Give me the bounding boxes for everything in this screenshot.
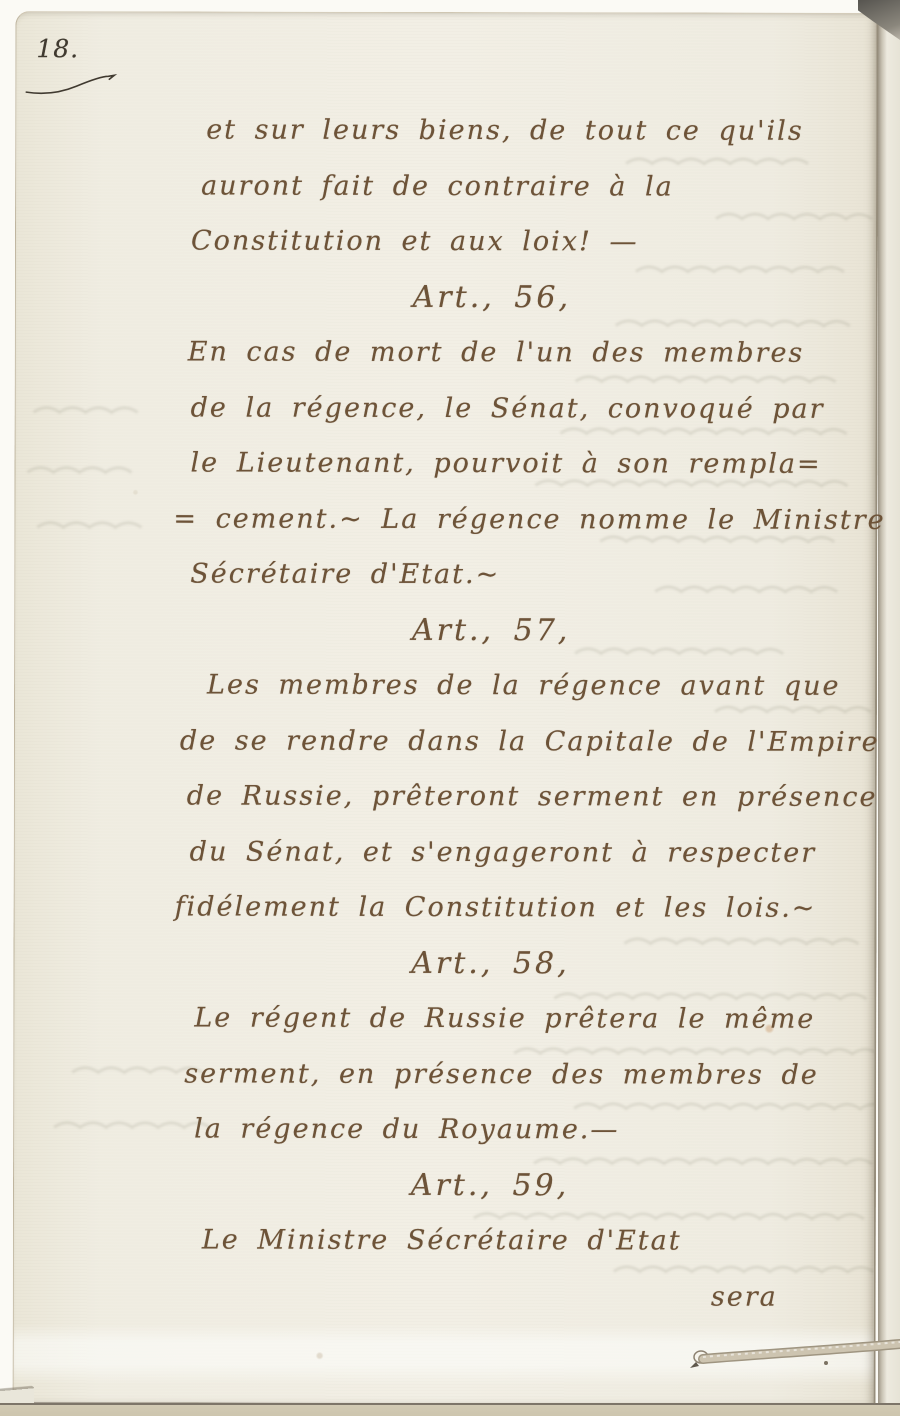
manuscript-line-body: serment, en présence des membres de [14,1046,874,1103]
manuscript-line-body: de Russie, prêteront serment en présence [15,768,875,825]
manuscript-line-body: Sécrétaire d'Etat.~ [15,546,875,603]
manuscript-line-body: auront fait de contraire à la [16,158,876,215]
manuscript-page: 18. et sur leurs biens, de tout ce qu'il… [13,11,879,1406]
manuscript-line-body: fidélement la Constitution et les lois.~ [15,879,875,936]
manuscript-line-body: la régence du Royaume.— [14,1101,874,1158]
manuscript-line-body: En cas de mort de l'un des membres [16,324,876,381]
table-surface [0,1403,900,1416]
manuscript-line-body: et sur leurs biens, de tout ce qu'ils [16,102,876,159]
manuscript-line-body: = cement.~ La régence nomme le Ministre [15,491,875,548]
manuscript-line-body: Le régent de Russie prêtera le même [14,990,874,1047]
page-number-flourish [24,64,124,98]
manuscript-scan: 18. et sur leurs biens, de tout ce qu'il… [0,0,900,1416]
manuscript-line-heading: Art., 56, [62,269,900,326]
manuscript-line-catchword: sera [14,1268,874,1325]
manuscript-line-body: de la régence, le Sénat, convoqué par [16,380,876,437]
text-block: et sur leurs biens, de tout ce qu'ilsaur… [14,102,877,1325]
manuscript-line-body: du Sénat, et s'engageront à respecter [15,824,875,881]
page-number: 18. [36,34,79,63]
manuscript-line-body: le Lieutenant, pourvoit à son rempla= [15,435,875,492]
manuscript-line-body: Les membres de la régence avant que [15,657,875,714]
manuscript-line-body: Le Ministre Sécrétaire d'Etat [14,1212,874,1269]
manuscript-line-body: de se rendre dans la Capitale de l'Empir… [15,713,875,770]
manuscript-screenshot: { "page": { "page_number": "18.", "lines… [0,0,900,1416]
manuscript-line-body: Constitution et aux loix! — [16,213,876,270]
manuscript-line-heading: Art., 57, [61,602,900,659]
manuscript-line-heading: Art., 58, [60,935,900,992]
manuscript-line-heading: Art., 59, [60,1157,900,1214]
